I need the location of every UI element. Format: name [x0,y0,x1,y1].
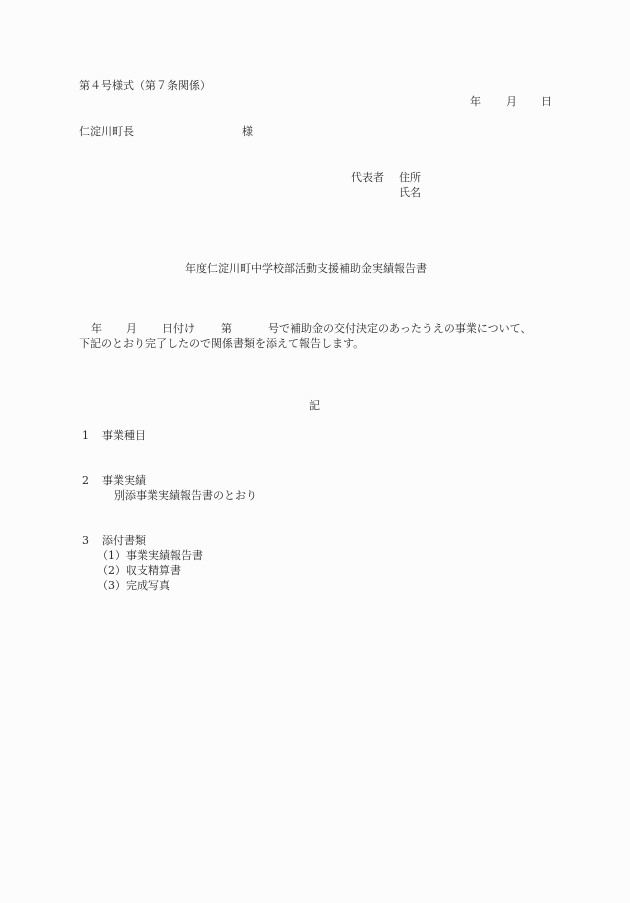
body-month: 月 [126,322,137,336]
date-year-label: 年 [470,95,481,109]
applicant-address-label: 住所 [399,171,421,185]
section-3-number: 3 [82,534,89,548]
body-line1-text: 号で補助金の交付決定のあったうえの事業について、 [268,322,531,336]
body-day-attached: 日付け [162,322,195,336]
document-title: 年度仁淀川町中学校部活動支援補助金実績報告書 [185,262,427,276]
applicant-role: 代表者 [351,171,384,185]
attachment-item: （2）収支精算書 [97,564,181,578]
date-day-label: 日 [541,95,552,109]
applicant-name-label: 氏名 [399,186,421,200]
date-month-label: 月 [506,95,517,109]
body-number-prefix: 第 [221,322,232,336]
section-3-heading: 添付書類 [102,534,146,548]
section-2-detail: 別添事業実績報告書のとおり [114,489,257,503]
section-1-heading: 事業種目 [102,429,146,443]
section-2-number: 2 [82,474,89,488]
section-2-heading: 事業実績 [102,474,146,488]
body-line2: 下記のとおり完了したので関係書類を添えて報告します。 [79,337,364,351]
ki-heading: 記 [309,399,320,413]
section-1-number: 1 [82,429,89,443]
attachment-item: （3）完成写真 [97,579,170,593]
form-number: 第４号様式（第７条関係） [79,79,211,93]
addressee-honorific: 様 [242,125,253,139]
body-year: 年 [91,322,102,336]
report-form-page: 第４号様式（第７条関係） 年 月 日 仁淀川町長 様 代表者 住所 氏名 年度仁… [0,0,630,903]
attachment-item: （1）事業実績報告書 [97,549,203,563]
addressee-name: 仁淀川町長 [79,125,134,139]
